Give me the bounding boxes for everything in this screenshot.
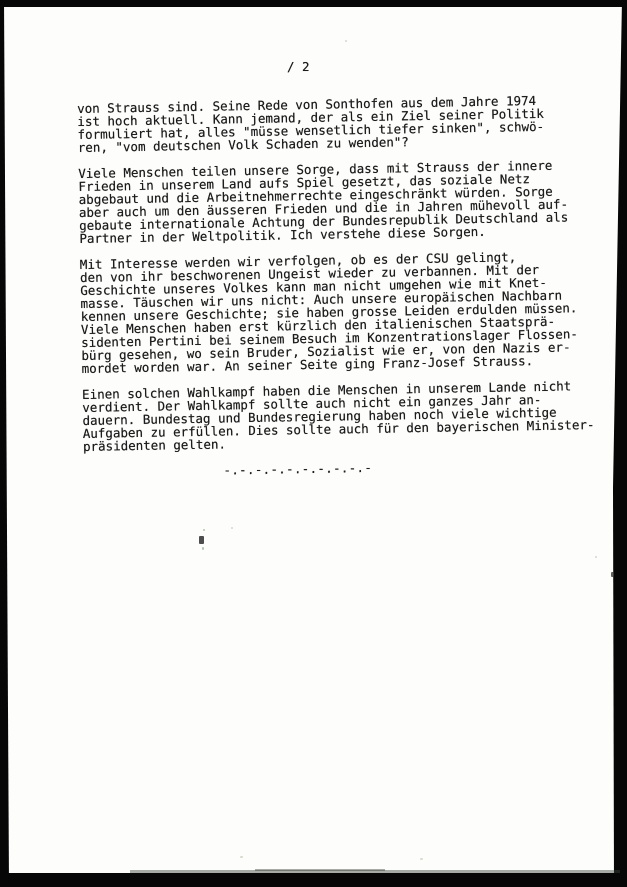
scan-border-top (0, 0, 627, 7)
scan-artifact-speck (595, 556, 597, 558)
paragraph-4: Einen solchen Wahlkampf haben die Mensch… (82, 379, 613, 453)
scan-artifact-speck (240, 856, 243, 858)
scan-artifact-speck (611, 572, 614, 577)
scan-shadow-band-dark (255, 869, 385, 871)
paragraph-1: von Strauss sind. Seine Rede von Sonthof… (77, 93, 608, 154)
scan-artifact-speck (202, 547, 204, 550)
scan-artifact-speck (203, 529, 205, 531)
scan-border-right (613, 0, 627, 887)
scan-artifact-speck (231, 527, 233, 529)
document-body: von Strauss sind. Seine Rede von Sonthof… (77, 93, 614, 492)
scanned-document-page: / 2 von Strauss sind. Seine Rede von Son… (0, 0, 627, 887)
scan-artifact-speck (345, 40, 347, 42)
scan-artifact-smudge (199, 536, 204, 544)
divider-line: -.-.-.-.-.-.-.-.-.- (83, 457, 613, 479)
page-number: / 2 (287, 60, 310, 73)
paragraph-3: Mit Interesse werden wir verfolgen, ob e… (80, 249, 612, 375)
paragraph-2: Viele Menschen teilen unsere Sorge, dass… (78, 158, 609, 245)
scan-border-left (0, 0, 9, 887)
scan-artifact-speck (420, 858, 423, 860)
scan-border-bottom (0, 873, 627, 887)
